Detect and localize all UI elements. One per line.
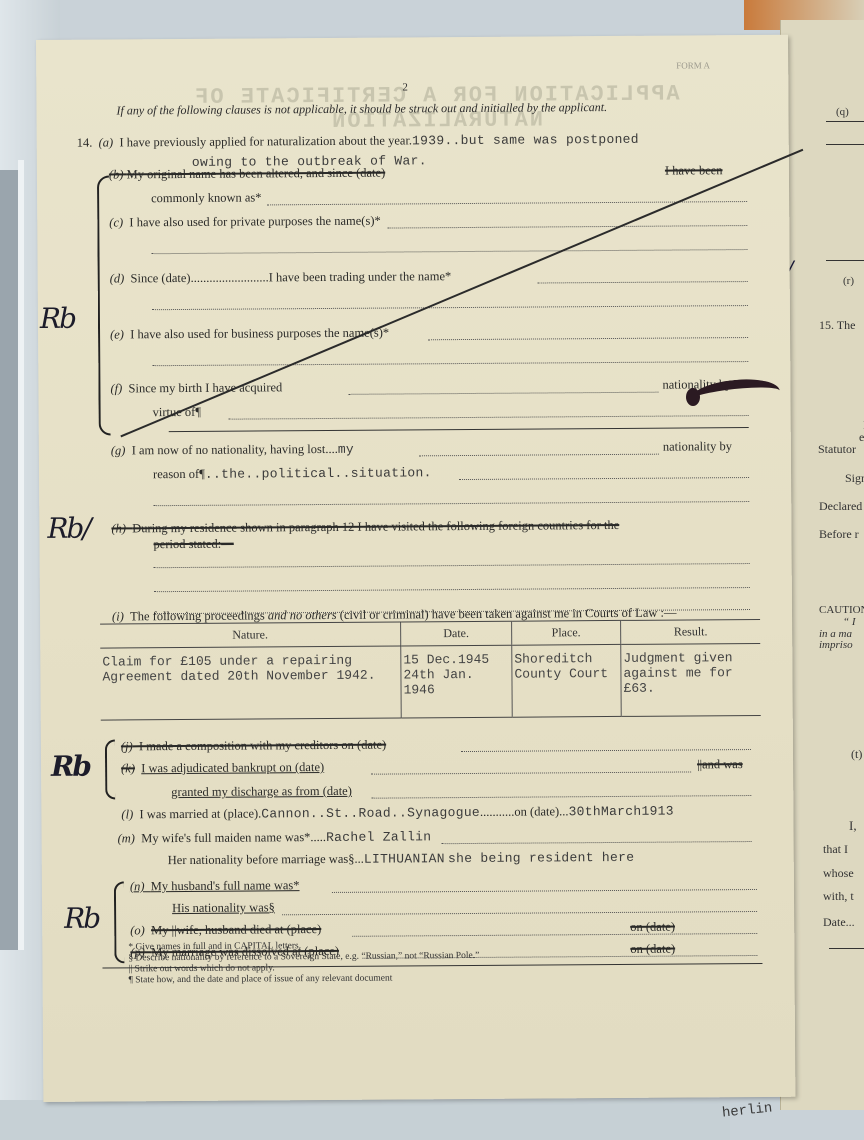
form-reference: FORM A (676, 60, 710, 70)
clause-14a: 14. (a) I have previously applied for na… (77, 132, 639, 151)
typed-maiden-name: Rachel Zallin (326, 829, 431, 845)
typed-nationality: LITHUANIAN (364, 851, 445, 867)
typed-year: 1939 (412, 133, 445, 148)
ink-mark-tail (686, 388, 700, 406)
initials-j-k: Rb (51, 750, 90, 783)
col-place: Place. (512, 620, 621, 645)
typed-marriage-place: Cannon..St..Road..Synagogue (261, 805, 480, 822)
bracket-clauses-j-k (105, 739, 115, 799)
col-nature: Nature. (100, 622, 401, 648)
clause-14h: (h) During my residence shown in paragra… (111, 518, 619, 537)
clause-14b: (b) My original name has been altered, a… (109, 166, 385, 183)
bracket-clauses-b-f (97, 175, 111, 435)
initials-n-p: Rb (64, 902, 99, 935)
typed-reason: ..the..political..situation. (205, 465, 432, 482)
page-number: 2 (402, 81, 408, 93)
bracket-clauses-n-p (114, 881, 125, 963)
background-binder (0, 170, 18, 950)
clause-14o: (o) My ||wife, husband died at (place) (130, 922, 321, 938)
col-result: Result. (621, 619, 761, 644)
clause-14m: (m) My wife's full maiden name was*.....… (118, 829, 432, 846)
clause-14j: (j) I made a composition with my credito… (121, 738, 386, 755)
background-bottom (0, 1100, 730, 1140)
clause-14d: (d) Since (date)........................… (110, 269, 452, 286)
clause-14f: (f) Since my birth I have acquired (110, 380, 282, 396)
background-edge (18, 160, 24, 950)
clause-14n: (n) My husband's full name was* (130, 878, 300, 894)
clause-q-label: (q) (836, 106, 849, 118)
form-page: APPLICATION FOR A CERTIFICATE OF NATURAL… (36, 35, 795, 1102)
clause-14k: (k) I was adjudicated bankrupt on (date) (121, 760, 324, 776)
caution-heading: CAUTION (819, 604, 864, 616)
col-date: Date. (401, 621, 512, 646)
typed-marriage-date: 30thMarch1913 (568, 804, 673, 820)
initials-h: Rb/ (47, 512, 90, 545)
section-number: 14. (77, 136, 93, 150)
clause-14l: (l) I was married at (place).Cannon..St.… (121, 804, 674, 823)
initials-b-f: Rb (40, 302, 75, 335)
footnotes: * Give names in full and in CAPITAL lett… (128, 940, 479, 986)
section-15: 15. The (819, 318, 855, 333)
clause-r-label: (r) (843, 275, 854, 287)
clause-14c: (c) I have also used for private purpose… (109, 214, 381, 231)
court-proceedings-table: Nature. Date. Place. Result. Claim for £… (100, 619, 761, 721)
clause-14g: (g) I am now of no nationality, having l… (111, 442, 354, 459)
table-row: Claim for £105 under a repairing Agreeme… (100, 643, 760, 720)
